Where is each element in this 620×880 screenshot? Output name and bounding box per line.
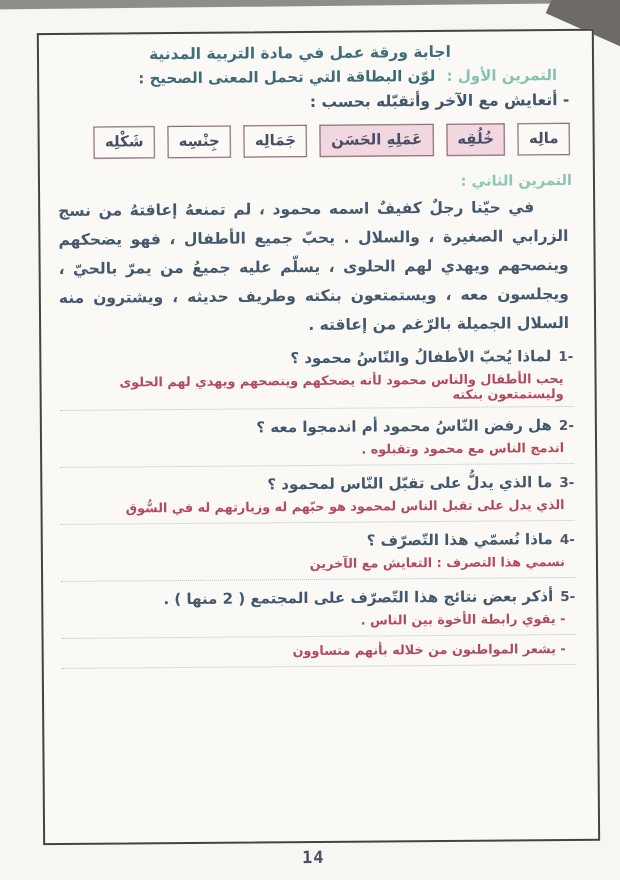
worksheet-sheet: اجابة ورقة عمل في مادة التربية المدنية ا… (0, 0, 620, 880)
exercise2-heading: التمرين الثاني : (58, 173, 572, 193)
exercise1-line: التمرين الأول : لوّن البطاقة التي تحمل ا… (57, 66, 557, 88)
question-2-answer: اندمج الناس مع محمود وتقبلوه . (60, 438, 574, 468)
question-3-answer: الذي يدل على تقبل الناس لمحمود هو حبّهم … (60, 495, 574, 525)
card-race: جِنْسِه (167, 126, 231, 158)
question-5-text: أذكر بعض نتائج هذا التّصرّف على المجتمع … (163, 587, 553, 608)
question-5-answer-2: - يشعر المواطنون من خلاله بأنهم متساوون (62, 639, 576, 669)
question-2-number: 2- (559, 418, 574, 434)
question-3-text: ما الذي يدلُّ على تقبّل النّاس لمحمود ؟ (267, 473, 552, 493)
exercise1-prompt: - أتعايش مع الآخر وأتقبّله بحسب : (57, 91, 569, 113)
worksheet-content: اجابة ورقة عمل في مادة التربية المدنية ا… (47, 34, 591, 838)
card-wealth: مالِه (518, 123, 570, 155)
question-5-number: 5- (560, 589, 575, 605)
exercise1-instruction: لوّن البطاقة التي تحمل المعنى الصحيح : (138, 67, 435, 87)
question-2-text: هل رفض النّاسُ محمود أم اندمجوا معه ؟ (256, 416, 552, 436)
exercise1-heading: التمرين الأول : (447, 66, 558, 85)
question-block-4: 4- ماذا نُسمّي هذا التّصرّف ؟ نسمي هذا ا… (61, 530, 575, 582)
question-4-number: 4- (560, 532, 575, 548)
question-4-answer: نسمي هذا التصرف : التعايش مع الآخرين (61, 552, 575, 582)
question-5-answer-1: - يقوي رابطة الأخوة بين الناس . (61, 609, 575, 639)
question-block-3: 3- ما الذي يدلُّ على تقبّل النّاس لمحمود… (60, 473, 574, 525)
answer-cards-row: مالِه خُلُقِه عَمَلِهِ الحَسَن جَمَالِه … (58, 123, 570, 159)
question-1-answer: يحب الأطفال والناس محمود لأنه يضحكهم وين… (59, 369, 573, 411)
question-1-text: لماذا يُحبّ الأطفالُ والنّاسُ محمود ؟ (290, 347, 551, 367)
question-block-5: 5- أذكر بعض نتائج هذا التّصرّف على المجت… (61, 587, 576, 669)
photo-background: اجابة ورقة عمل في مادة التربية المدنية ا… (0, 0, 620, 880)
question-block-2: 2- هل رفض النّاسُ محمود أم اندمجوا معه ؟… (60, 416, 574, 468)
card-beauty: جَمَالِه (244, 125, 307, 157)
teacher-margin-note: الأستاذ مولاي عبد القادر (607, 313, 620, 563)
reading-passage: في حيّنا رجلٌ كفيفٌ اسمه محمود ، لم تمنع… (58, 193, 569, 342)
card-appearance: شَكْلِه (94, 126, 155, 158)
question-4-text: ماذا نُسمّي هذا التّصرّف ؟ (367, 530, 553, 549)
question-block-1: 1- لماذا يُحبّ الأطفالُ والنّاسُ محمود ؟… (59, 347, 573, 411)
card-manners: خُلُقِه (446, 123, 505, 155)
card-good-deed: عَمَلِهِ الحَسَن (320, 124, 433, 157)
question-1-number: 1- (558, 349, 573, 365)
worksheet-title: اجابة ورقة عمل في مادة التربية المدنية (57, 42, 543, 64)
page-number: 14 (3, 846, 620, 871)
question-3-number: 3- (559, 475, 574, 491)
